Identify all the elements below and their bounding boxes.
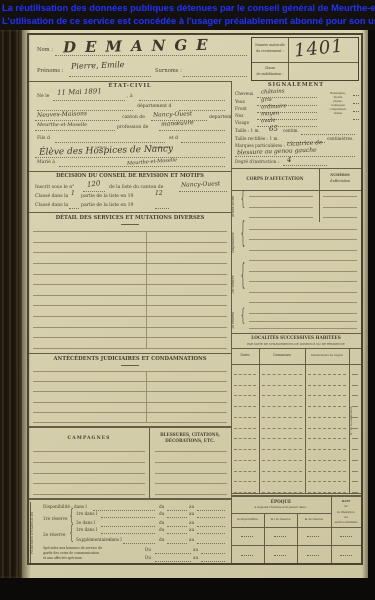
classe2-mid-label: partie de la liste en 19 — [81, 203, 133, 208]
marie-dotline — [59, 166, 225, 167]
fils-dotline — [55, 142, 165, 143]
nez-label: Nez — [235, 114, 243, 119]
comp-dash-1 — [353, 95, 359, 96]
speciales-au1-dots — [201, 553, 225, 554]
r2-dans-label: dans l — [109, 538, 122, 543]
epoque-body-mid-line — [231, 545, 361, 546]
profession-handwriting: manœuvre — [161, 119, 194, 128]
antecedents-column-divider — [146, 371, 147, 423]
r1-line2-au: au — [189, 521, 194, 526]
campagnes-top-border — [29, 426, 231, 428]
r1-line1-du: du — [159, 512, 164, 517]
disponibilite-brace: { — [241, 220, 246, 252]
cheveux-handwriting: châtains — [261, 88, 285, 95]
periodes-side-label: PÉRIODES D'EXERCICES — [30, 502, 40, 563]
epoque-body-top-line — [231, 527, 361, 528]
header-separator — [29, 81, 231, 82]
cheveux-label: Cheveux — [235, 92, 253, 97]
nom-value-handwriting: DEMANGE — [63, 36, 217, 57]
canton-label: canton de — [122, 115, 145, 120]
epoque-dash-6 — [274, 555, 286, 556]
epoque-date-col-label: DATE de la libération du service militai… — [331, 499, 361, 526]
taille-unit-label: centim. — [283, 129, 299, 134]
birthplace-dotline — [139, 100, 225, 101]
localites-header-top — [231, 348, 361, 349]
nom-label: Nom : — [37, 48, 53, 54]
decision-canton-dotline — [179, 191, 227, 192]
r1-line2-du: du — [159, 521, 164, 526]
dispo-du-label: du — [159, 505, 164, 510]
localites-subtitle: PAR SUITE DE CHANGEMENTS DE DOMICILE OU … — [231, 343, 361, 346]
r2-line1-dotline — [101, 533, 155, 534]
localites-top-line — [231, 333, 361, 334]
birth-date-handwriting: 11 Mai 1891 — [57, 87, 102, 97]
taille-rect-unit: centimètres. — [327, 137, 354, 142]
dept-dotline — [35, 130, 115, 131]
decision-title: DÉCISION DU CONSEIL DE REVISION ET MOTIF… — [29, 174, 231, 180]
services-title: DÉTAIL DES SERVICES ET MUTATIONS DIVERSE… — [29, 216, 231, 222]
matricule-form: Nom : DEMANGE Prénoms : Pierre, Emile Su… — [27, 33, 363, 565]
departement-value-handwriting: Meurthe-et-Moselle — [37, 122, 87, 128]
affect-top-line — [231, 168, 361, 169]
taille-label: Taille : 1 m. — [235, 129, 260, 134]
r1-line1-dotline — [101, 517, 155, 518]
epoque-dash-2 — [274, 536, 286, 537]
etat-decision-separator — [29, 171, 231, 172]
parents-handwriting: Élève des Hospices de Nancy — [39, 144, 173, 158]
matricule-box-hline — [252, 62, 358, 63]
services-ruled-lines — [33, 231, 227, 349]
r2-line2-au: au — [189, 538, 194, 543]
epoque-col-dispo: la disponibilité — [231, 518, 264, 521]
complement-label: Renseigne- ments physio- nomiques complé… — [323, 91, 353, 115]
corps-affectation-label: CORPS D'AFFECTATION — [235, 177, 315, 182]
canton-handwriting: Nancy-Ouest — [153, 110, 193, 118]
armee-active-numeros-lines — [323, 196, 357, 218]
numeros-label-1: NUMÉROS — [321, 174, 359, 178]
speciales-du2: Du — [145, 556, 151, 561]
degre-handwriting: 4 — [287, 156, 291, 164]
speciales-du2-dots — [155, 561, 191, 562]
classe1-pre-label: Classé dans la — [35, 194, 68, 199]
epoque-subtitle: à laquelle l'homme doit passer dans : — [231, 506, 331, 509]
marques-dotline — [235, 156, 355, 157]
taille-handwriting: 65 — [269, 125, 278, 133]
blessures-ruled-lines — [155, 451, 227, 495]
blessures-title-2: DÉCORATIONS, ETC. — [149, 439, 231, 444]
r2-sup-label: Supplémentaire — [76, 538, 110, 543]
disponibilite-lines — [249, 229, 357, 261]
r1-line2-au-dots — [197, 526, 225, 527]
periodes-top-border — [29, 498, 231, 500]
r2-line1-au-dots — [197, 533, 225, 534]
epoque-top-border — [231, 495, 361, 497]
r1-line1-label: 1re dans l — [76, 512, 97, 517]
speciales-du1-dots — [155, 553, 191, 554]
book-spine — [0, 30, 22, 578]
localites-col-dates: Dates — [231, 354, 259, 358]
campagnes-ruled-lines — [33, 451, 145, 495]
r2-line2-dotline — [123, 543, 155, 544]
visage-label: Visage — [235, 121, 249, 126]
dispo-au-label: au — [189, 505, 194, 510]
comp-dash-3 — [353, 111, 359, 112]
date-line-4: du — [344, 515, 348, 519]
profession-dotline — [159, 130, 225, 131]
speciales-au2-dots — [201, 561, 225, 562]
r2-line1-du-dots — [167, 533, 187, 534]
r2-group-label: 2e réserve — [43, 533, 65, 538]
classe1-mid-label: partie de la liste en 19 — [81, 194, 133, 199]
r2-line2-au-dots — [197, 543, 225, 544]
reserve2-lines — [249, 313, 357, 329]
antecedents-title-underline — [121, 365, 139, 366]
dispo-du-dotline — [167, 510, 187, 511]
affect-header-line — [231, 190, 361, 191]
epoque-dash-7 — [307, 555, 319, 556]
commune-dotline — [35, 120, 119, 121]
date-line-3: la libération — [337, 510, 354, 514]
banner-line1: La réutilisation des données publiques d… — [2, 3, 375, 13]
matricule-box-vline — [288, 38, 289, 80]
epoque-col-r2: la 2e réserve — [297, 518, 331, 521]
birth-dotline — [53, 100, 125, 101]
r1-line1-au-dots — [197, 517, 225, 518]
profession-label: profession de — [117, 125, 148, 130]
date-line-1: DATE — [342, 499, 351, 503]
marques-handwriting-2: blessure au genou gauche — [237, 147, 317, 157]
visage-handwriting: ovale — [261, 118, 276, 125]
matricule-label-2: du recrutement : — [253, 50, 287, 54]
localites-col-communes: Communes — [259, 354, 305, 358]
visage-dotline — [257, 126, 317, 127]
r2-brace: { — [69, 522, 74, 544]
departement-label: département d — [137, 104, 171, 109]
classe2-year-dotline — [155, 208, 169, 209]
dispo-row-label: Disponibilité : dans l — [43, 505, 87, 510]
localites-bottom-line — [231, 493, 361, 494]
date-line-5: service militaire — [334, 520, 357, 524]
ne-le-label: Né le — [37, 94, 49, 99]
r2-line1-au: au — [189, 528, 194, 533]
comp-dash-4 — [353, 119, 359, 120]
inscrit-num-handwriting: 120 — [87, 179, 101, 188]
degre-dotline — [283, 165, 327, 166]
r2-line1-du: du — [159, 528, 164, 533]
departement2-label: départemen — [209, 115, 231, 120]
armee-active-brace: { — [241, 189, 246, 211]
prenoms-dotline — [69, 76, 151, 77]
prenoms-label: Prénoms : — [37, 69, 63, 75]
prenoms-value-handwriting: Pierre, Emile — [71, 60, 125, 71]
r2-line1-label: 1re dans l — [76, 528, 97, 533]
localites-body-rows — [231, 364, 361, 493]
epoque-col-r1: la 1re réserve — [264, 518, 297, 521]
matricule-value-handwriting: 1401 — [293, 35, 345, 61]
epoque-header-line — [231, 513, 331, 514]
epoque-dash-5 — [241, 555, 253, 556]
classe-label-1: Classe — [253, 67, 287, 71]
classe-label-2: de mobilisation : — [253, 73, 287, 77]
signalement-title: SIGNALEMENT — [231, 83, 361, 89]
r1-line1-du-dots — [167, 517, 187, 518]
dispo-au-dotline — [197, 510, 225, 511]
speciales-line3: et aux affectés spéciaux. — [43, 557, 83, 561]
campagnes-title: CAMPAGNES — [29, 436, 149, 441]
reserve1-brace: { — [241, 262, 246, 294]
armee-active-lines — [249, 196, 313, 218]
marie-label: Marié à — [37, 160, 55, 165]
inscrit-dotline — [83, 191, 105, 192]
commune-handwriting: Neuves-Maisons — [37, 110, 87, 119]
services-title-underline — [121, 224, 139, 225]
surnoms-label: Surnoms : — [155, 69, 182, 75]
localites-title: LOCALITÉS SUCCESSIVES HABITÉES — [231, 336, 361, 341]
date-line-2: de — [344, 504, 347, 508]
matricule-box: Numéro matricule du recrutement : 1401 C… — [251, 37, 359, 81]
epoque-dash-3 — [307, 536, 319, 537]
epoque-dash-4 — [340, 536, 352, 537]
antecedents-ruled-lines — [33, 371, 227, 423]
r2-line2-du: du — [159, 538, 164, 543]
parents-dotline — [35, 157, 225, 158]
comp-dash-2 — [353, 103, 359, 104]
decision-canton-handwriting: Nancy-Ouest — [181, 180, 221, 188]
services-column-divider — [146, 231, 147, 349]
front-label: Front — [235, 107, 247, 112]
classe2-part-dotline — [69, 208, 79, 209]
a-label: , à — [127, 94, 133, 99]
r1-line2-du-dots — [167, 526, 187, 527]
register-sheet: Nom : DEMANGE Prénoms : Pierre, Emile Su… — [22, 30, 368, 578]
classe2-pre-label: Classé dans la — [35, 203, 68, 208]
epoque-dash-1 — [241, 536, 253, 537]
r1-line2-dotline — [101, 526, 155, 527]
surnoms-dotline — [183, 76, 247, 77]
numeros-label-2: d'affectation — [321, 180, 359, 184]
yeux-label: Yeux — [235, 100, 245, 105]
r1-line1-au: au — [189, 512, 194, 517]
taille-dotline — [301, 134, 355, 135]
yeux-handwriting: gris — [261, 97, 272, 104]
taille-rect-label: Taille rectifiée : 1 m. — [235, 137, 279, 142]
antecedents-title: ANTÉCÉDENTS JUDICIAIRES ET CONDAMNATIONS — [29, 357, 231, 363]
r1-group-label: 1re réserve — [43, 517, 67, 522]
speciales-au1: au — [193, 548, 198, 553]
degre-label: Degré d'instruction : — [235, 160, 279, 165]
localites-col-subdiv: Subdivisions de région — [305, 354, 349, 357]
reserve1-lines — [249, 271, 357, 303]
numeros-divider — [319, 168, 320, 222]
speciales-du1: Du — [145, 548, 151, 553]
r1-line2-label: 2e dans l — [76, 521, 95, 526]
classe1-part-handwriting: 1 — [71, 190, 75, 197]
dispo-dotline — [93, 510, 155, 511]
nez-handwriting: moyen — [261, 111, 280, 118]
banner-line2: L'utilisation de ce service est concédée… — [2, 16, 375, 26]
reserve2-brace: { — [241, 307, 246, 327]
inscrit-label: Inscrit sous le n° — [35, 185, 74, 190]
services-antecedents-separator — [29, 353, 231, 354]
et-dotline — [181, 142, 225, 143]
matricule-label-1: Numéro matricule — [253, 44, 287, 48]
et-label: et d — [169, 136, 178, 141]
r2-line2-du-dots — [167, 543, 187, 544]
classe1-year-handwriting: 12 — [155, 190, 163, 197]
decision-services-separator — [29, 212, 231, 213]
fils-label: Fils d — [37, 136, 50, 141]
front-handwriting: ordinaire — [261, 103, 287, 110]
speciales-au2: au — [193, 556, 198, 561]
epoque-dash-8 — [340, 555, 352, 556]
comp-6: taires — [334, 111, 342, 115]
reuse-notice-banner: La réutilisation des données publiques d… — [0, 0, 375, 30]
